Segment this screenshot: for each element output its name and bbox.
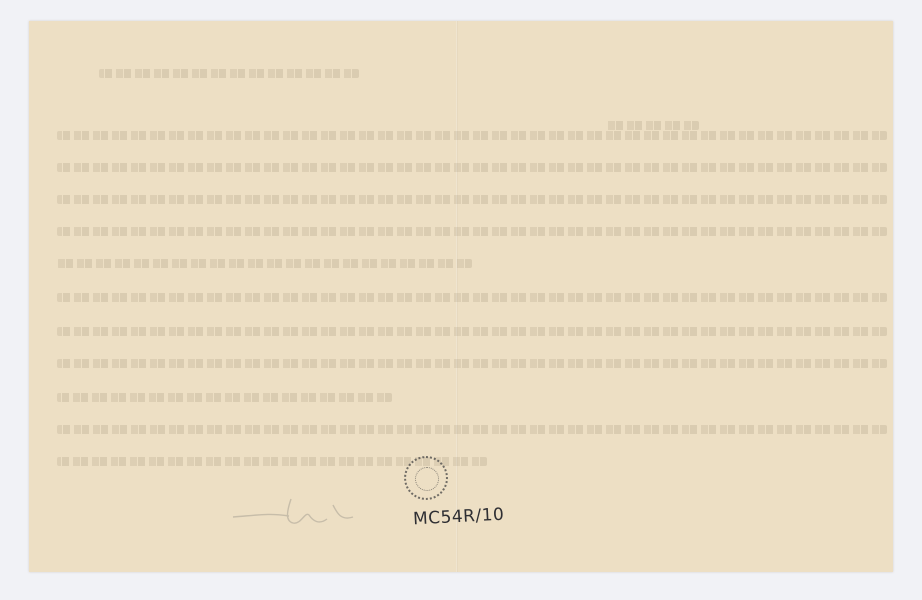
typed-line [57, 195, 887, 204]
typed-line [57, 259, 472, 268]
catalog-number: MC54R/10 [413, 505, 505, 530]
document-page: MC54R/10 [29, 21, 893, 572]
typed-line [604, 121, 699, 130]
signature-mark [229, 491, 369, 531]
typed-line [57, 227, 887, 236]
typed-line [57, 425, 887, 434]
typed-line [57, 359, 887, 368]
typed-line [99, 69, 359, 78]
typed-line [57, 393, 392, 402]
archive-stamp [404, 456, 448, 500]
typed-line [57, 293, 887, 302]
typed-line [57, 163, 887, 172]
typed-line [57, 327, 887, 336]
typed-line [57, 131, 887, 140]
